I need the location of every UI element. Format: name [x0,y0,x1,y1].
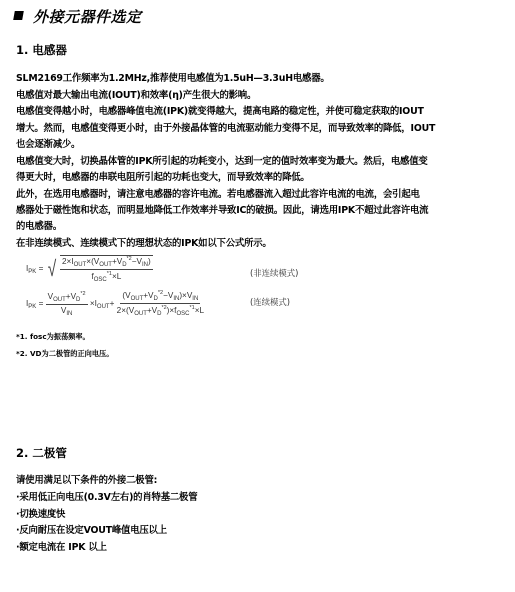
formula-continuous: IPK = VOUT+VD*2 VIN ×IOUT+ (VOUT+VD*2−VI… [26,290,204,317]
paragraph-line: 增大。然而，电感值变得更小时，由于外接晶体管的电流驱动能力变得不足，而导致效率的… [16,120,435,134]
footnote: *2. VD为二极管的正向电压。 [16,349,113,359]
paragraph-line: SLM2169工作频率为1.2MHz,推荐使用电感值为1.5uH—3.3uH电感… [16,70,330,84]
list-item: ·额定电流在 IPK 以上 [16,539,107,553]
paragraph-line: 请使用满足以下条件的外接二极管: [16,472,157,486]
list-item: ·反向耐压在设定VOUT峰值电压以上 [16,522,167,536]
formula-denominator: fOSC*1×L [91,270,121,283]
list-item: ·采用低正向电压(0.3V左右)的肖特基二极管 [16,489,197,503]
formula-mode-label: (连续模式) [250,296,290,308]
formula-fraction: (VOUT+VD*2−VIN)×VIN 2×(VOUT+VD*2)×fOSC*1… [117,290,204,317]
paragraph-line: 电感值对最大输出电流(IOUT)和效率(η)产生很大的影响。 [16,87,256,101]
page-title: 外接元器件选定 [14,6,142,27]
paragraph-line: 此外，在选用电感器时，请注意电感器的容许电流。若电感器流入超过此容许电流的电流，… [16,186,420,200]
black-square-icon [13,11,24,20]
formula-lhs: IPK = [26,264,43,273]
paragraph-line: 也会逐渐减少。 [16,136,80,150]
formula-denominator: VIN [61,305,72,317]
sqrt-icon: √ [47,256,55,282]
formula-numerator: 2×IOUT×(VOUT+VD*2−VIN) [60,256,153,270]
paragraph-line: 电感值变大时，切换晶体管的IPK所引起的功耗变小，达到一定的值时效率变为最大。然… [16,153,428,167]
formula-discontinuous: IPK = √ 2×IOUT×(VOUT+VD*2−VIN) fOSC*1×L [26,255,153,283]
section-heading-inductor: 1. 电感器 [16,42,67,58]
formula-denominator: 2×(VOUT+VD*2)×fOSC*1×L [117,304,204,317]
paragraph-line: 电感值变得越小时，电感器峰值电流(IPK)就变得越大，提高电路的稳定性，并使可稳… [16,103,424,117]
paragraph-line: 感器处于磁性饱和状态，而明显地降低工作效率并导致IC的破损。因此，请选用IPK不… [16,202,428,216]
list-item: ·切换速度快 [16,506,65,520]
paragraph-line: 在非连续模式、连续模式下的理想状态的IPK如以下公式所示。 [16,235,272,249]
formula-operator: ×IOUT+ [90,299,115,308]
formula-fraction: VOUT+VD*2 VIN [46,291,88,317]
formula-fraction: 2×IOUT×(VOUT+VD*2−VIN) fOSC*1×L [60,255,153,283]
paragraph-line: 得更大时，电感器的串联电阻所引起的功耗也变大，而导致效率的降低。 [16,169,310,183]
page-title-text: 外接元器件选定 [33,8,142,26]
formula-lhs: IPK = [26,299,43,308]
section-heading-diode: 2. 二极管 [16,445,67,461]
footnote: *1. fosc为振荡频率。 [16,332,90,342]
paragraph-line: 的电感器。 [16,218,62,232]
formula-numerator: (VOUT+VD*2−VIN)×VIN [120,290,200,304]
formula-numerator: VOUT+VD*2 [46,291,88,305]
formula-mode-label: (非连续模式) [250,267,298,279]
